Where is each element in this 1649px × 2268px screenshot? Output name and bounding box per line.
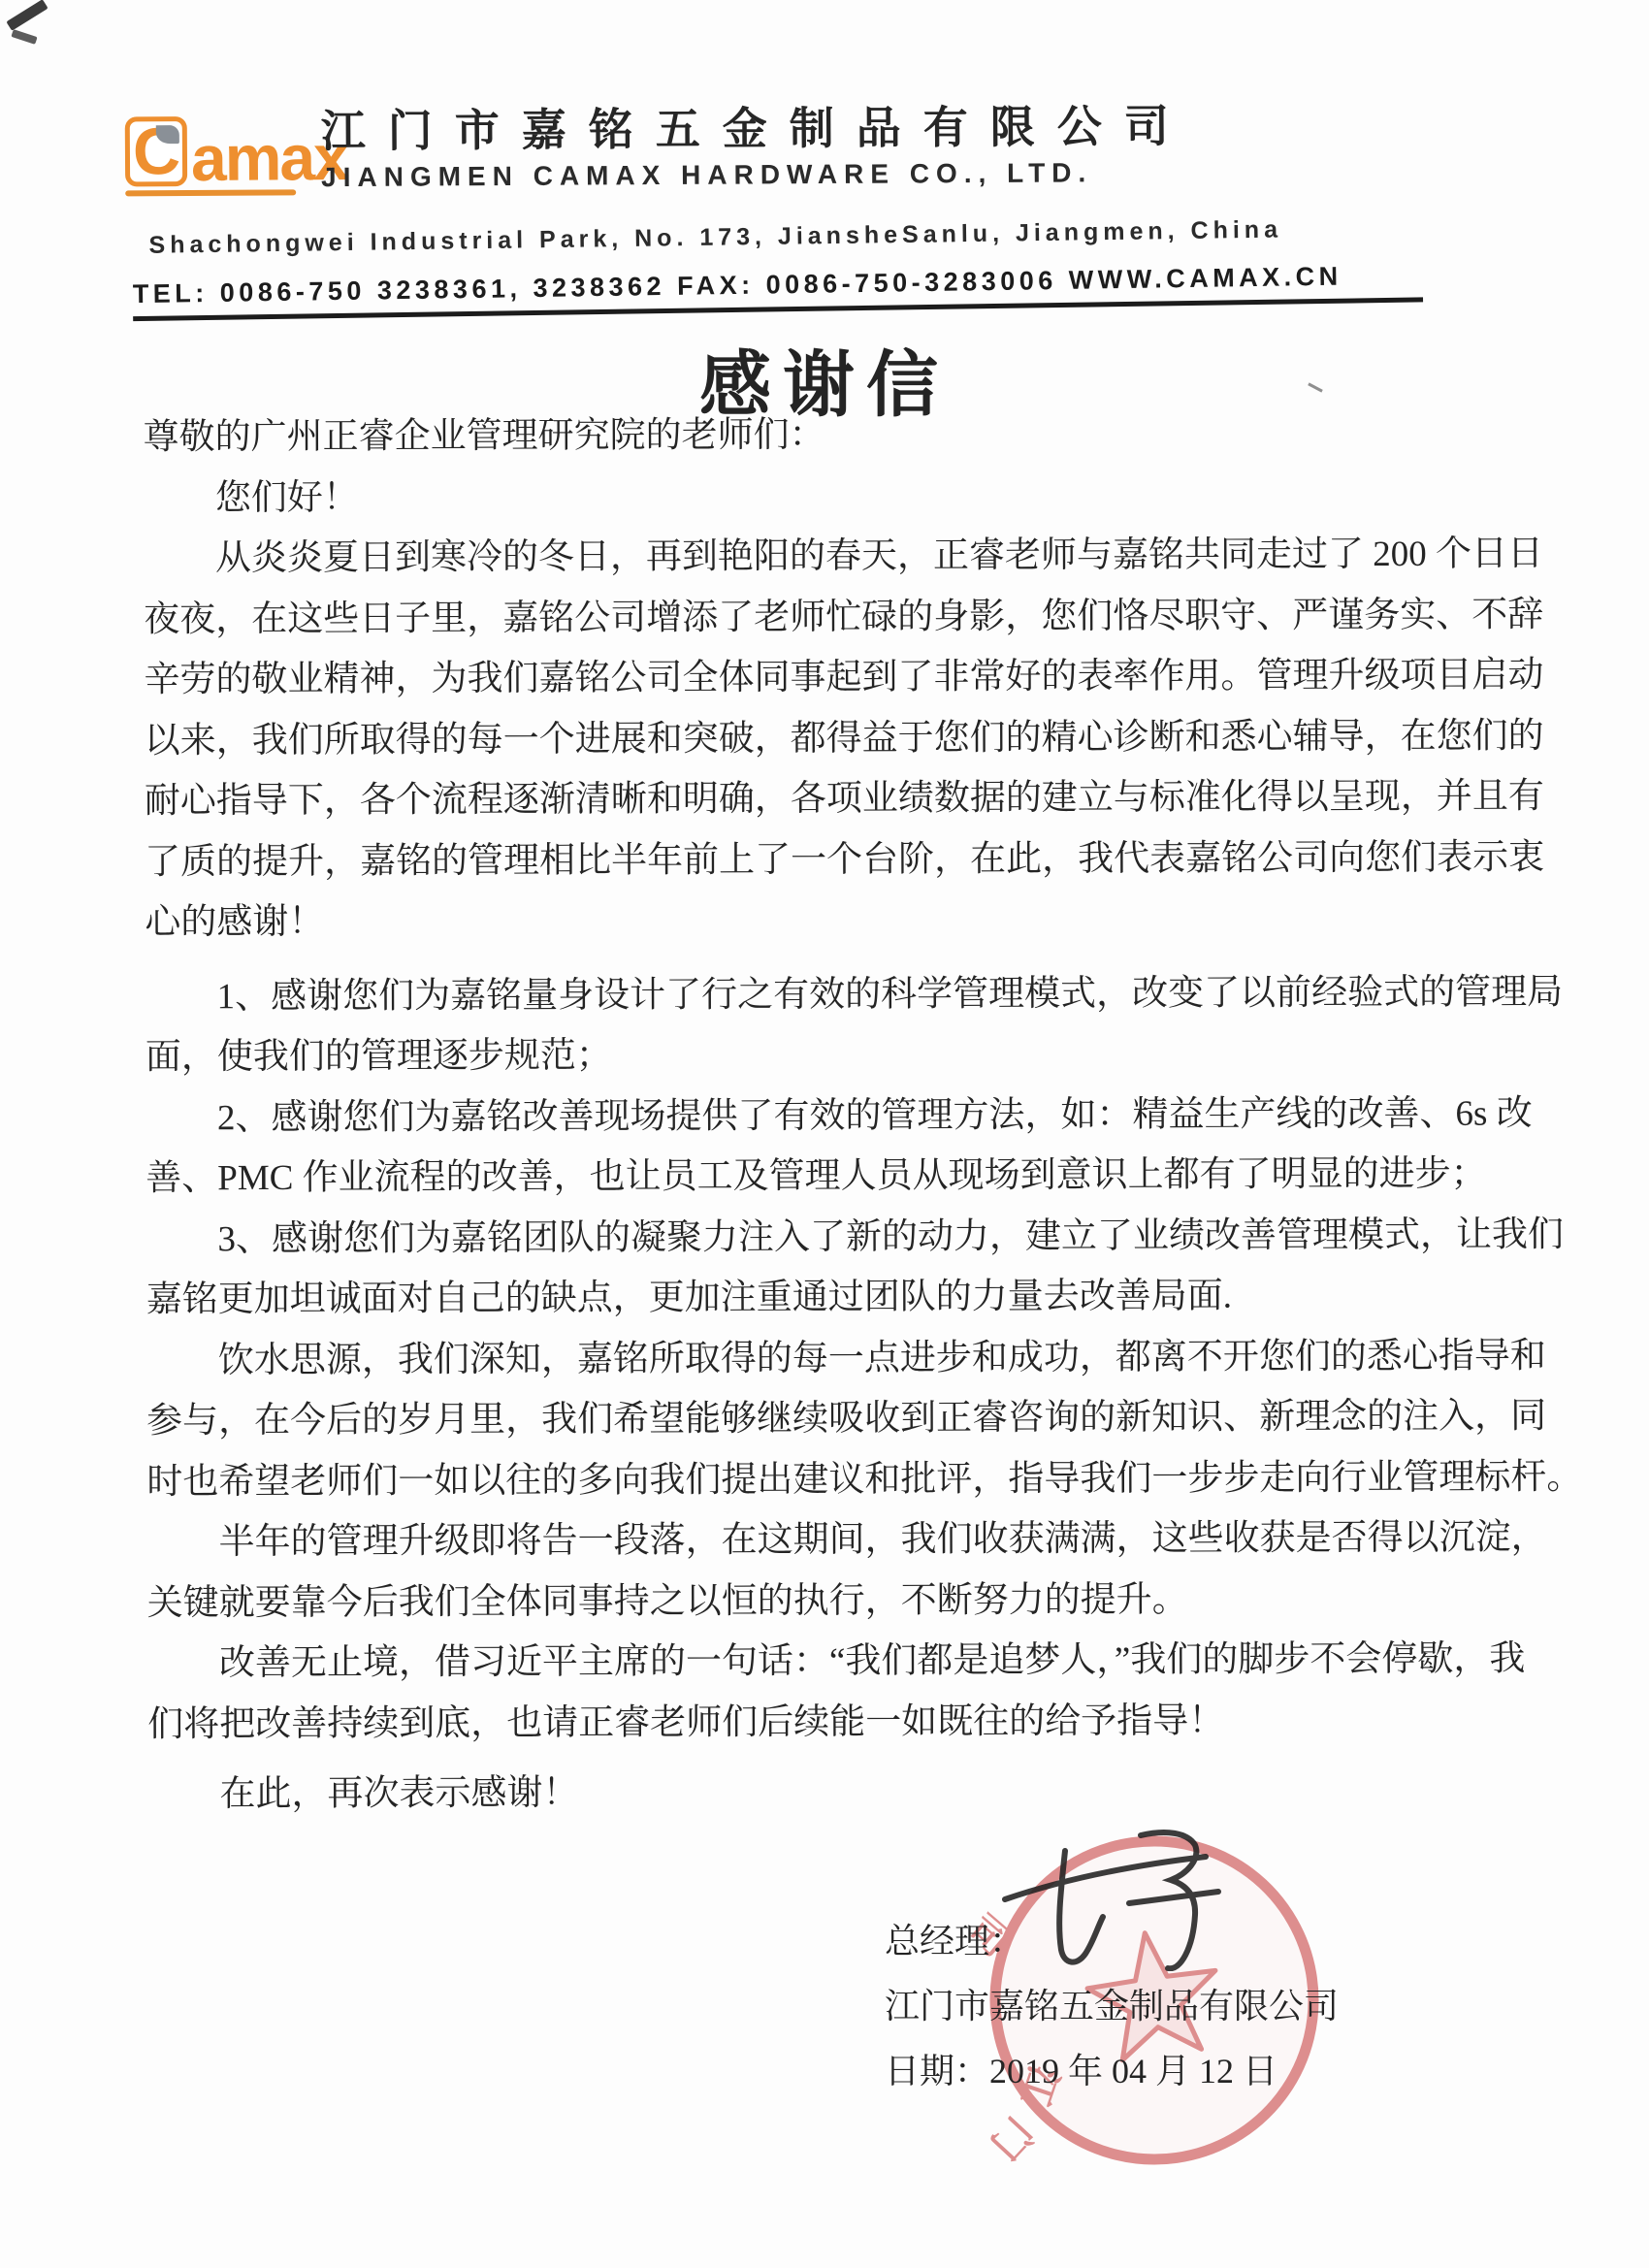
letterhead: C amax 江门市嘉铭五金制品有限公司 JIANGMEN CAMAX HARD… <box>0 0 1649 5</box>
letter-line: 善、PMC 作业流程的改善，也让员工及管理人员从现场到意识上都有了明显的进步； <box>145 1145 1513 1210</box>
company-address: Shachongwei Industrial Park, No. 173, Ji… <box>148 216 1282 260</box>
letter-line: 您们好！ <box>144 464 1511 529</box>
letter-line: 了质的提升，嘉铭的管理相比半年前上了一个台阶，在此，我代表嘉铭公司向您们表示衷 <box>145 827 1512 892</box>
letter-line: 夜夜，在这些日子里，嘉铭公司增添了老师忙碌的身影，您们恪尽职守、严谨务实、不辞 <box>144 585 1511 650</box>
letter-body: 尊敬的广州正睿企业管理研究院的老师们：您们好！从炎炎夏日到寒冷的冬日，再到艳阳的… <box>143 404 1515 1826</box>
letter-line: 3、感谢您们为嘉铭团队的凝聚力注入了新的动力，建立了业绩改善管理模式，让我们 <box>145 1205 1513 1270</box>
letter-line: 以来，我们所取得的每一个进展和突破，都得益于您们的精心诊断和悉心辅导，在您们的 <box>145 706 1512 771</box>
letter-line: 从炎炎夏日到寒冷的冬日，再到艳阳的春天，正睿老师与嘉铭共同走过了 200 个日日 <box>144 525 1511 590</box>
scanned-letter-page: C amax 江门市嘉铭五金制品有限公司 JIANGMEN CAMAX HARD… <box>0 0 1649 2268</box>
letter-line: 关键就要靠今后我们全体同事持之以恒的执行，不断努力的提升。 <box>147 1569 1515 1634</box>
letter-line: 参与，在今后的岁月里，我们希望能够继续吸收到正睿咨询的新知识、新理念的注入，同 <box>146 1387 1514 1452</box>
letter-line: 们将把改善持续到底，也请正睿老师们后续能一如既往的给予指导！ <box>147 1690 1515 1755</box>
letter-line: 耐心指导下，各个流程逐渐清晰和明确，各项业绩数据的建立与标准化得以呈现，并且有 <box>145 767 1512 832</box>
scan-artifact <box>11 29 37 45</box>
company-name-english: JIANGMEN CAMAX HARDWARE CO., LTD. <box>321 157 1092 193</box>
signature-date: 日期：2019 年 04 月 12 日 <box>885 2039 1339 2104</box>
letter-line: 时也希望老师们一如以往的多向我们提出建议和批评，指导我们一步步走向行业管理标杆。 <box>146 1447 1514 1512</box>
company-contact-line: TEL: 0086-750 3238361, 3238362 FAX: 0086… <box>133 260 1423 321</box>
company-name-chinese: 江门市嘉铭五金制品有限公司 <box>321 91 1191 160</box>
scan-artifact <box>6 0 48 31</box>
letter-line: 辛劳的敬业精神，为我们嘉铭公司全体同事起到了非常好的表率作用。管理升级项目启动 <box>144 646 1511 711</box>
letter-line: 心的感谢！ <box>145 889 1512 954</box>
letter-line: 2、感谢您们为嘉铭改善现场提供了有效的管理方法，如：精益生产线的改善、6s 改 <box>145 1084 1513 1149</box>
camax-logo: C amax <box>125 115 347 186</box>
letter-line: 改善无止境，借习近平主席的一句话：“我们都是追梦人，”我们的脚步不会停歇，我 <box>147 1630 1515 1695</box>
signature-company: 江门市嘉铭五金制品有限公司 <box>885 1974 1339 2039</box>
letter-line: 尊敬的广州正睿企业管理研究院的老师们： <box>143 404 1510 469</box>
logo-underline <box>125 189 296 196</box>
letter-line: 面，使我们的管理逐步规范； <box>145 1023 1513 1088</box>
letter-line: 半年的管理升级即将告一段落，在这期间，我们收获满满，这些收获是否得以沉淀， <box>146 1508 1514 1573</box>
letter-line: 嘉铭更加坦诚面对自己的缺点，更加注重通过团队的力量去改善局面. <box>146 1266 1514 1331</box>
logo-c-icon: C <box>125 116 187 186</box>
handwritten-signature <box>987 1806 1249 1971</box>
letter-line: 1、感谢您们为嘉铭量身设计了行之有效的科学管理模式，改变了以前经验式的管理局 <box>145 962 1512 1027</box>
letter-line: 饮水思源，我们深知，嘉铭所取得的每一点进步和成功，都离不开您们的悉心指导和 <box>146 1326 1514 1391</box>
